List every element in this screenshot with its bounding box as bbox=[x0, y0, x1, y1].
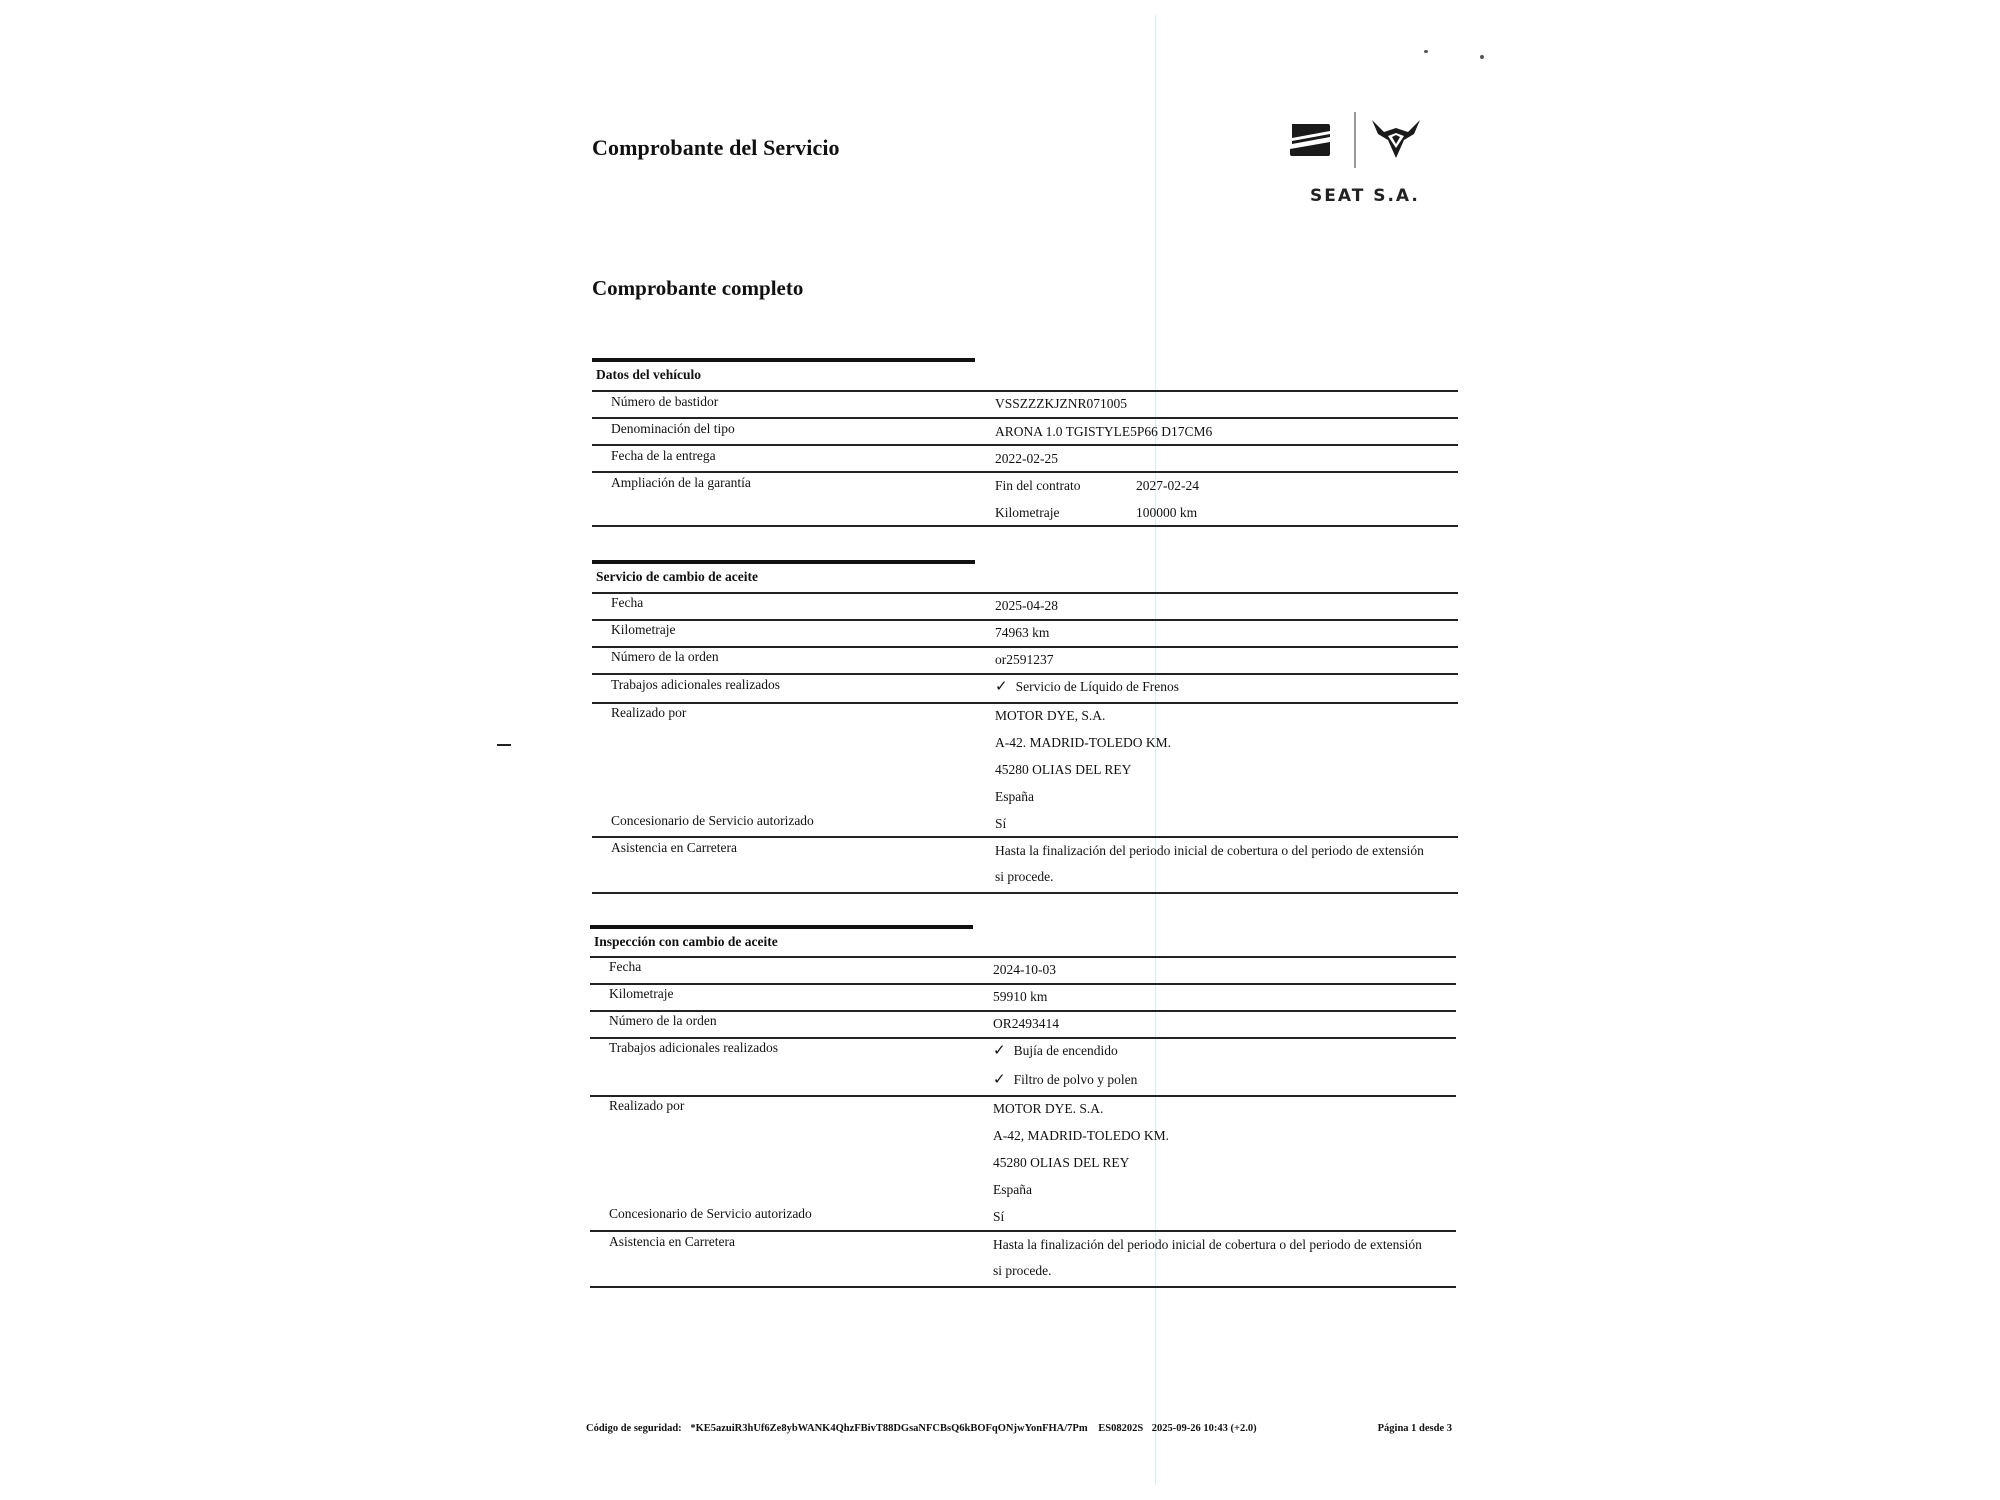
authorized-label: Concesionario de Servicio autorizado bbox=[611, 813, 814, 829]
row-divider bbox=[590, 1010, 1456, 1012]
row-divider bbox=[592, 646, 1458, 648]
warranty-km-label: Kilometraje bbox=[995, 505, 1059, 521]
date-label: Fecha bbox=[611, 595, 643, 611]
assistance-text-line2: si procede. bbox=[993, 1263, 1051, 1279]
brand-logo: SEAT S.A. bbox=[1288, 108, 1438, 218]
performed-by-label: Realizado por bbox=[611, 705, 686, 721]
section-rule bbox=[592, 358, 975, 362]
row-divider bbox=[592, 525, 1458, 527]
row-divider bbox=[592, 702, 1458, 704]
order-label: Número de la orden bbox=[609, 1013, 717, 1029]
km-label: Kilometraje bbox=[611, 622, 675, 638]
km-value: 59910 km bbox=[993, 989, 1047, 1005]
row-divider bbox=[590, 1037, 1456, 1039]
document-code: ES08202S bbox=[1098, 1423, 1143, 1434]
vin-value: VSSZZZKJZNR071005 bbox=[995, 396, 1127, 412]
dealer-country: España bbox=[993, 1182, 1032, 1198]
section-rule bbox=[590, 925, 973, 929]
extra-work-item: ✓Servicio de Líquido de Frenos bbox=[995, 677, 1179, 695]
row-divider bbox=[592, 673, 1458, 675]
document-title: Comprobante del Servicio bbox=[592, 135, 840, 161]
row-divider bbox=[592, 592, 1458, 594]
row-divider bbox=[592, 836, 1458, 838]
scan-speck bbox=[1480, 55, 1484, 59]
row-divider bbox=[592, 444, 1458, 446]
section-title: Servicio de cambio de aceite bbox=[596, 569, 758, 585]
vehicle-data-section: Datos del vehículo Número de bastidor VS… bbox=[590, 358, 1458, 528]
dealer-city: 45280 OLIAS DEL REY bbox=[993, 1155, 1129, 1171]
dealer-address: A-42. MADRID-TOLEDO KM. bbox=[995, 735, 1171, 751]
row-divider bbox=[590, 1286, 1456, 1288]
check-icon: ✓ bbox=[993, 1070, 1006, 1088]
date-value: 2024-10-03 bbox=[993, 962, 1056, 978]
assistance-text-line1: Hasta la finalización del periodo inicia… bbox=[995, 843, 1424, 859]
order-label: Número de la orden bbox=[611, 649, 719, 665]
assistance-text-line2: si procede. bbox=[995, 869, 1053, 885]
contract-end-label: Fin del contrato bbox=[995, 478, 1080, 494]
row-divider bbox=[592, 892, 1458, 894]
extra-work-item: ✓Bujía de encendido bbox=[993, 1041, 1118, 1059]
cupra-logo-icon bbox=[1370, 118, 1422, 160]
seat-s-logo-icon bbox=[1288, 122, 1332, 158]
check-icon: ✓ bbox=[995, 677, 1008, 695]
contract-end-value: 2027-02-24 bbox=[1136, 478, 1199, 494]
performed-by-label: Realizado por bbox=[609, 1098, 684, 1114]
type-label: Denominación del tipo bbox=[611, 421, 735, 437]
assistance-label: Asistencia en Carretera bbox=[611, 840, 737, 856]
check-icon: ✓ bbox=[993, 1041, 1006, 1059]
row-divider bbox=[590, 956, 1456, 958]
delivery-date-label: Fecha de la entrega bbox=[611, 448, 716, 464]
date-value: 2025-04-28 bbox=[995, 598, 1058, 614]
authorized-value: Sí bbox=[995, 816, 1006, 832]
assistance-label: Asistencia en Carretera bbox=[609, 1234, 735, 1250]
security-code: *KE5azuiR3hUf6Ze8ybWANK4QhzFBivT88DGsaNF… bbox=[690, 1423, 1087, 1434]
extra-work-text: Filtro de polvo y polen bbox=[1014, 1072, 1138, 1087]
section-title: Datos del vehículo bbox=[596, 367, 701, 383]
warranty-label: Ampliación de la garantía bbox=[611, 475, 751, 491]
order-value: or2591237 bbox=[995, 652, 1054, 668]
section-rule bbox=[592, 560, 975, 564]
document-footer: Código de seguridad: *KE5azuiR3hUf6Ze8yb… bbox=[586, 1423, 1456, 1434]
row-divider bbox=[590, 983, 1456, 985]
dealer-name: MOTOR DYE, S.A. bbox=[995, 708, 1105, 724]
extra-work-label: Trabajos adicionales realizados bbox=[611, 677, 780, 693]
section-title: Inspección con cambio de aceite bbox=[594, 934, 778, 950]
brand-name: SEAT S.A. bbox=[1310, 186, 1420, 206]
row-divider bbox=[590, 1095, 1456, 1097]
authorized-value: Sí bbox=[993, 1209, 1004, 1225]
order-value: OR2493414 bbox=[993, 1016, 1059, 1032]
row-divider bbox=[590, 1230, 1456, 1232]
row-divider bbox=[592, 619, 1458, 621]
page-indicator: Página 1 desde 3 bbox=[1378, 1423, 1452, 1434]
scan-speck bbox=[1424, 50, 1428, 53]
logo-divider bbox=[1354, 112, 1356, 168]
dealer-address: A-42, MADRID-TOLEDO KM. bbox=[993, 1128, 1169, 1144]
document-subtitle: Comprobante completo bbox=[592, 276, 803, 301]
vin-label: Número de bastidor bbox=[611, 394, 718, 410]
extra-work-label: Trabajos adicionales realizados bbox=[609, 1040, 778, 1056]
row-divider bbox=[592, 471, 1458, 473]
margin-mark bbox=[497, 744, 511, 746]
extra-work-item: ✓Filtro de polvo y polen bbox=[993, 1070, 1137, 1088]
type-value: ARONA 1.0 TGISTYLE5P66 D17CM6 bbox=[995, 424, 1212, 440]
extra-work-text: Bujía de encendido bbox=[1014, 1043, 1118, 1058]
oil-service-section: Servicio de cambio de aceite Fecha 2025-… bbox=[590, 560, 1458, 900]
dealer-city: 45280 OLIAS DEL REY bbox=[995, 762, 1131, 778]
row-divider bbox=[592, 417, 1458, 419]
date-label: Fecha bbox=[609, 959, 641, 975]
km-label: Kilometraje bbox=[609, 986, 673, 1002]
security-code-label: Código de seguridad: bbox=[586, 1423, 682, 1434]
dealer-country: España bbox=[995, 789, 1034, 805]
row-divider bbox=[592, 390, 1458, 392]
authorized-label: Concesionario de Servicio autorizado bbox=[609, 1206, 812, 1222]
warranty-km-value: 100000 km bbox=[1136, 505, 1197, 521]
dealer-name: MOTOR DYE. S.A. bbox=[993, 1101, 1103, 1117]
generated-timestamp: 2025-09-26 10:43 (+2.0) bbox=[1152, 1423, 1257, 1434]
assistance-text-line1: Hasta la finalización del periodo inicia… bbox=[993, 1237, 1422, 1253]
inspection-section: Inspección con cambio de aceite Fecha 20… bbox=[588, 925, 1456, 1295]
extra-work-text: Servicio de Líquido de Frenos bbox=[1016, 679, 1179, 694]
km-value: 74963 km bbox=[995, 625, 1049, 641]
delivery-date-value: 2022-02-25 bbox=[995, 451, 1058, 467]
